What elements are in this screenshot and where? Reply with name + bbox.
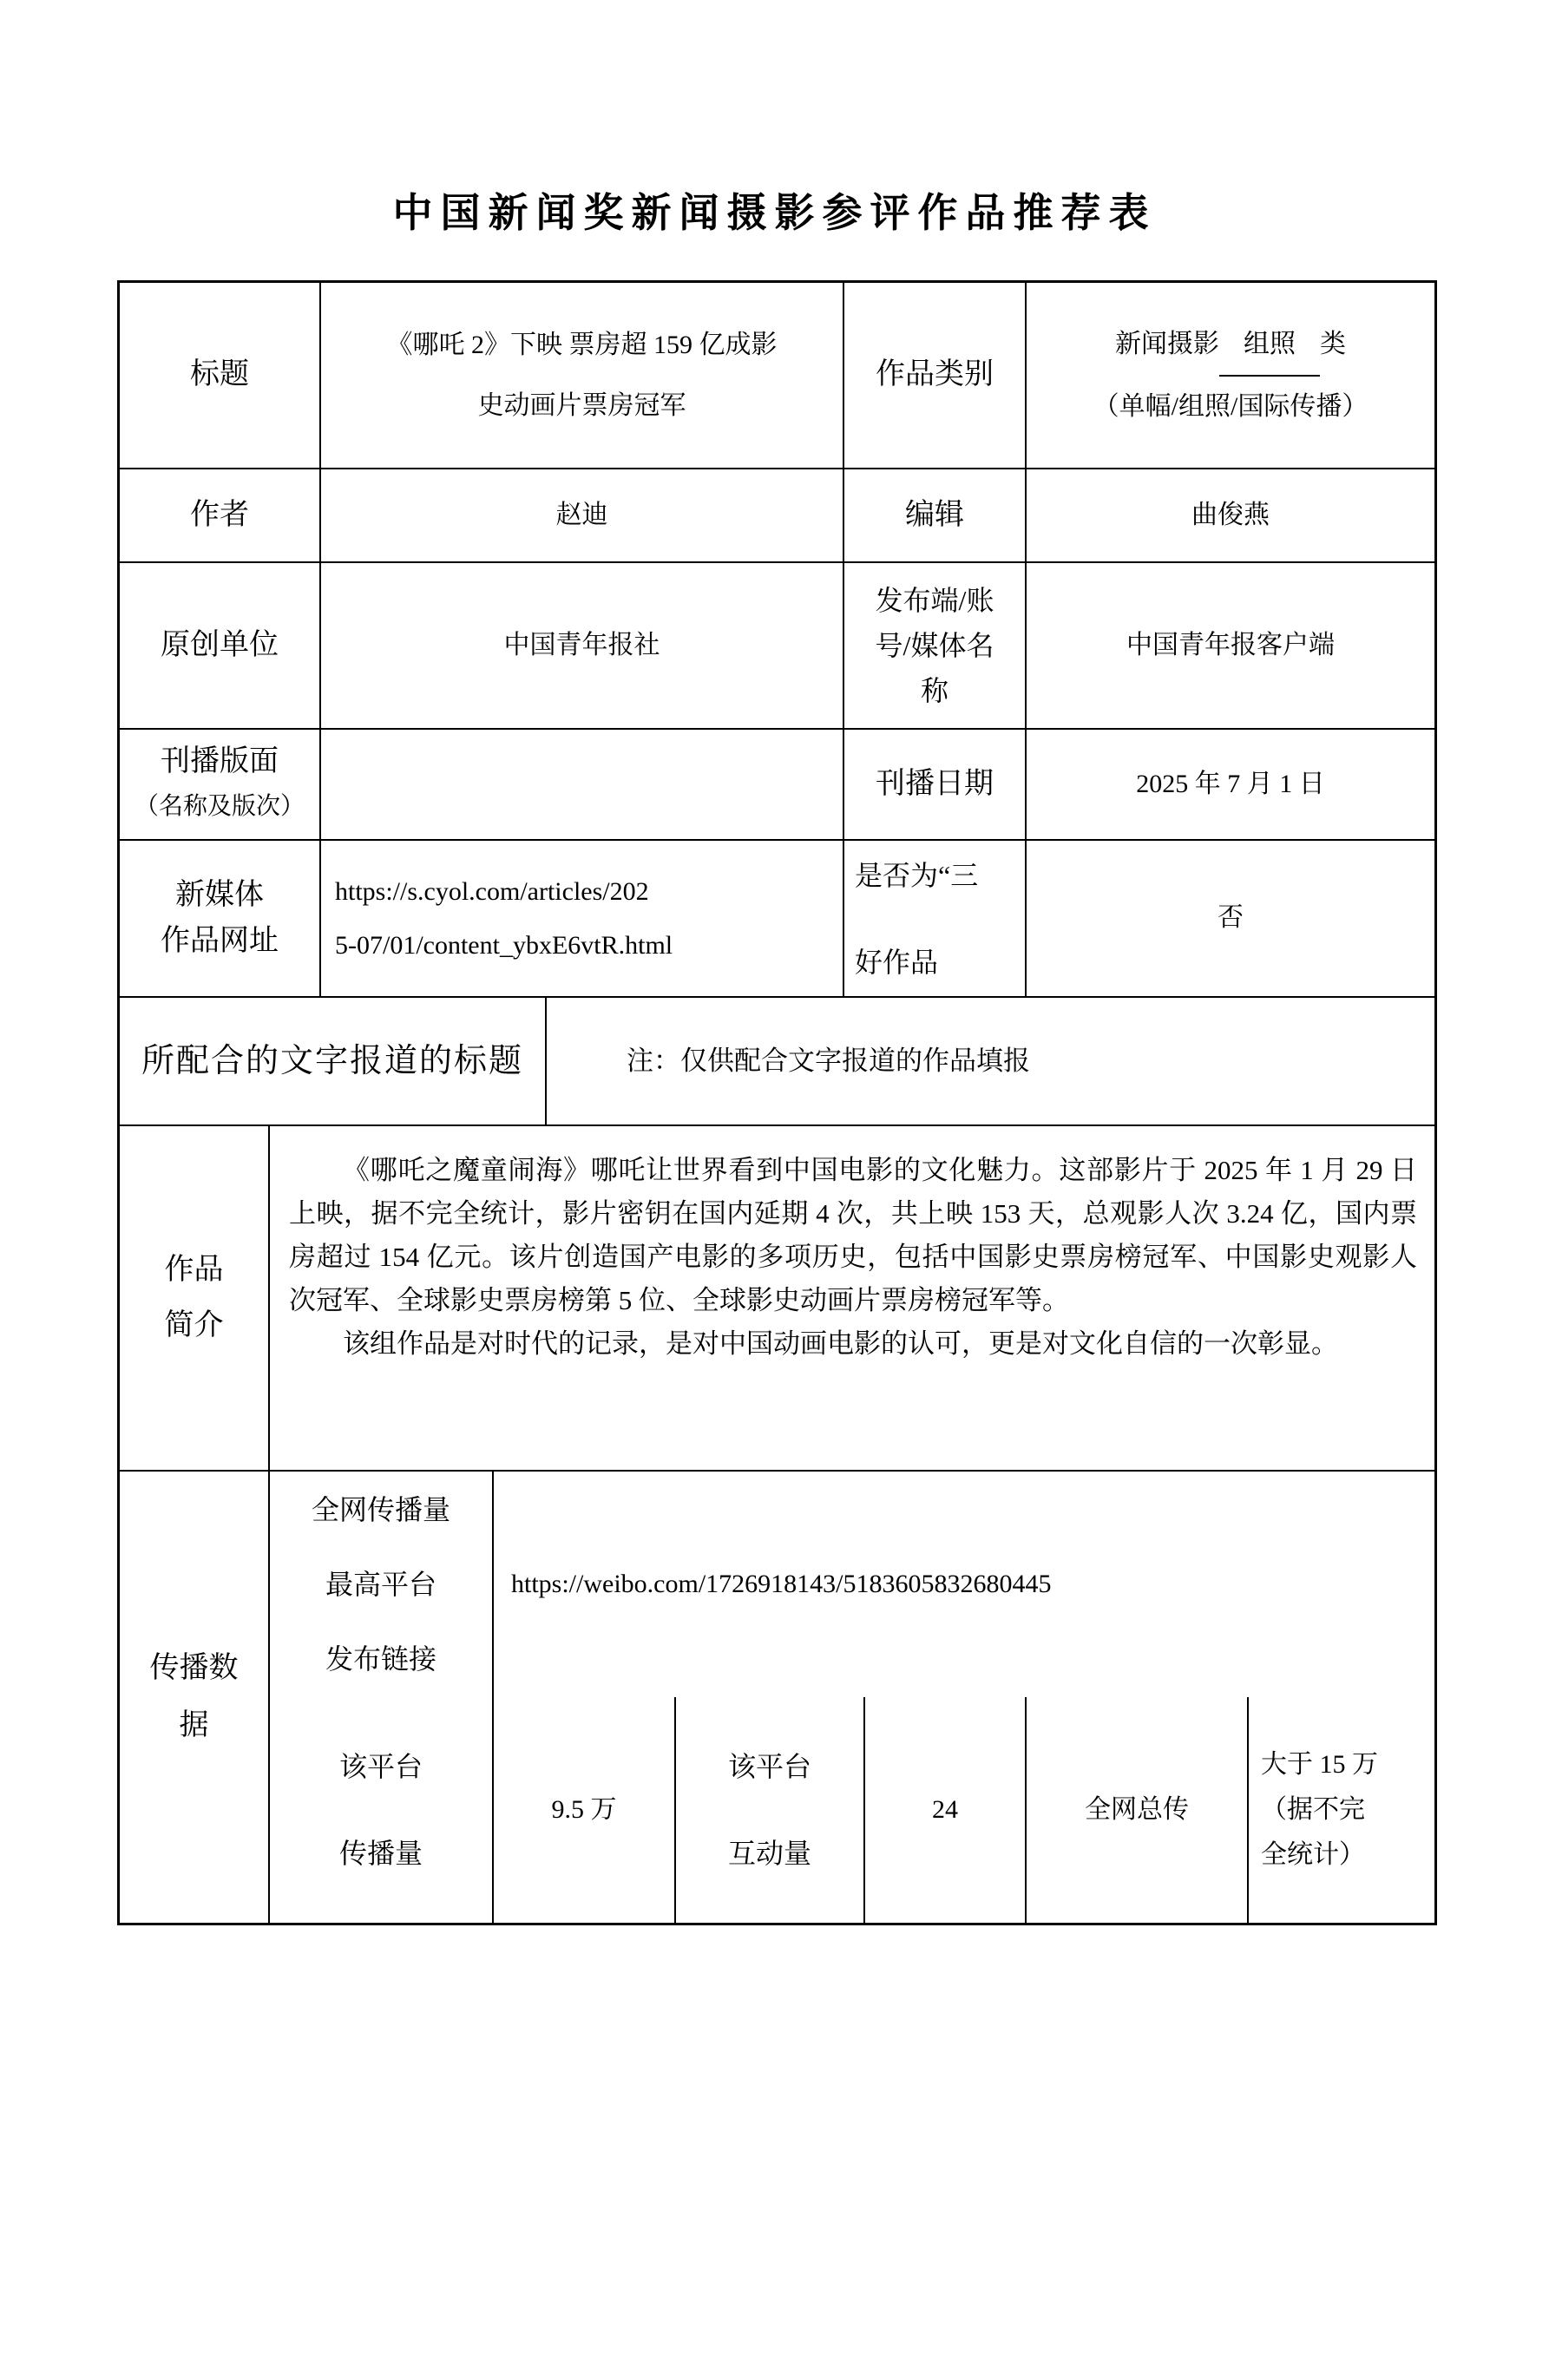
media-url-value: https://s.cyol.com/articles/202 5-07/01/… [321,841,844,998]
category-suffix: 类 [1320,314,1346,375]
table-row-layout-date: 刊播版面 （名称及版次） 刊播日期 2025 年 7 月 1 日 [120,730,1434,841]
page: { "page": { "title": "中国新闻奖新闻摄影参评作品推荐表" … [0,189,1549,2380]
table-row-media-url: 新媒体 作品网址 https://s.cyol.com/articles/202… [120,841,1434,998]
spread-data-label: 传播数 据 [120,1472,270,1923]
intro-paragraph-1: 《哪吒之魔童闹海》哪吒让世界看到中国电影的文化魅力。这部影片于 2025 年 1… [289,1149,1417,1322]
title-label: 标题 [120,283,321,469]
publish-channel-label: 发布端/账 号/媒体名 称 [844,563,1027,730]
top-platform-link-value: https://weibo.com/1726918143/51836058326… [494,1472,1434,1697]
platform-interaction-label: 该平台 互动量 [676,1697,865,1923]
text-report-note: 注：仅供配合文字报道的作品填报 [547,998,1434,1126]
publish-layout-value [321,730,844,841]
intro-label: 作品 简介 [120,1126,270,1472]
category-label: 作品类别 [844,283,1027,469]
title-value: 《哪吒 2》下映 票房超 159 亿成影 史动画片票房冠军 [321,283,844,469]
top-platform-link-label: 全网传播量 最高平台 发布链接 [270,1472,494,1697]
recommendation-table: 标题 《哪吒 2》下映 票房超 159 亿成影 史动画片票房冠军 作品类别 新闻… [117,280,1437,1925]
table-row-intro: 作品 简介 《哪吒之魔童闹海》哪吒让世界看到中国电影的文化魅力。这部影片于 20… [120,1126,1434,1472]
publish-layout-label: 刊播版面 （名称及版次） [120,730,321,841]
intro-paragraph-2: 该组作品是对时代的记录，是对中国动画电影的认可，更是对文化自信的一次彰显。 [289,1322,1417,1366]
category-prefix: 新闻摄影 [1115,314,1219,375]
page-title: 中国新闻奖新闻摄影参评作品推荐表 [0,189,1549,237]
spread-data-body: 全网传播量 最高平台 发布链接 https://weibo.com/172691… [270,1472,1434,1923]
publish-date-value: 2025 年 7 月 1 日 [1027,730,1434,841]
sanhao-value: 否 [1027,841,1434,998]
category-line-selected: 新闻摄影组照类 [1115,314,1346,377]
total-spread-label: 全网总传 [1027,1697,1249,1923]
sanhao-label: 是否为“三 好作品 [844,841,1027,998]
table-section-spread-data: 传播数 据 全网传播量 最高平台 发布链接 https://weibo.com/… [120,1472,1434,1923]
category-selected: 组照 [1219,314,1320,377]
editor-label: 编辑 [844,469,1027,563]
origin-org-value: 中国青年报社 [321,563,844,730]
total-spread-value: 大于 15 万 （据不完 全统计） [1249,1697,1434,1923]
platform-volume-value: 9.5 万 [494,1697,676,1923]
origin-org-label: 原创单位 [120,563,321,730]
publish-layout-label-main: 刊播版面 [161,739,279,784]
table-row-text-report: 所配合的文字报道的标题 注：仅供配合文字报道的作品填报 [120,998,1434,1126]
platform-volume-label: 该平台 传播量 [270,1697,494,1923]
category-value: 新闻摄影组照类 （单幅/组照/国际传播） [1027,283,1434,469]
table-row-top-platform-link: 全网传播量 最高平台 发布链接 https://weibo.com/172691… [270,1472,1434,1697]
table-row-author: 作者 赵迪 编辑 曲俊燕 [120,469,1434,563]
table-row-platform-metrics: 该平台 传播量 9.5 万 该平台 互动量 24 全网总传 大于 15 万 （据… [270,1697,1434,1923]
publish-date-label: 刊播日期 [844,730,1027,841]
platform-interaction-value: 24 [865,1697,1027,1923]
media-url-label: 新媒体 作品网址 [120,841,321,998]
intro-value: 《哪吒之魔童闹海》哪吒让世界看到中国电影的文化魅力。这部影片于 2025 年 1… [270,1126,1434,1472]
editor-value: 曲俊燕 [1027,469,1434,563]
text-report-label: 所配合的文字报道的标题 [120,998,547,1126]
publish-channel-value: 中国青年报客户端 [1027,563,1434,730]
author-label: 作者 [120,469,321,563]
category-options: （单幅/组照/国际传播） [1093,377,1369,437]
author-value: 赵迪 [321,469,844,563]
table-row-title: 标题 《哪吒 2》下映 票房超 159 亿成影 史动画片票房冠军 作品类别 新闻… [120,283,1434,469]
table-row-origin: 原创单位 中国青年报社 发布端/账 号/媒体名 称 中国青年报客户端 [120,563,1434,730]
publish-layout-label-sub: （名称及版次） [135,784,305,829]
